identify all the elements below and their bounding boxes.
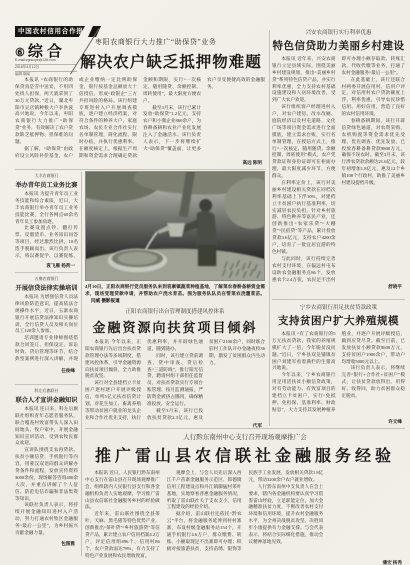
- right1-headline: 特色信贷助力美丽乡村建设: [272, 38, 405, 53]
- masthead: 中国农村信用合作报: [15, 26, 85, 37]
- brief2-body: 本报讯 为增强信贷人员法律风险防范意识，提高依法合规操作水平，近日，五寨农商银行…: [15, 294, 78, 368]
- lead-body: 本报讯 “农商银行的助保贷真是雪中送炭，不用四处找人担保，两天就拿到了30万元贷…: [15, 77, 265, 165]
- bottom-headline: 推广雷山县农信联社金融服务经验: [85, 443, 405, 466]
- divider: [15, 384, 78, 385]
- bottom-byline: 潘宏 杨秀: [85, 560, 405, 565]
- brief1-body: 本报讯 为提升青年员工业务技能和综合素质，近日，大丰农商银行举办青年员工业务技能…: [15, 191, 78, 263]
- brief1-byline: 袁飞雁 杨荷一: [15, 263, 78, 269]
- center-headline: 金融资源向扶贫项目倾斜: [85, 317, 265, 336]
- bottom-kicker: 人行黔东南州中心支行召开现场观摩推广会: [85, 432, 405, 441]
- photo-caption-text: 4月10日，正阳农商银行党员服务队来到袁寨镇蔬菜种植基地，了解菜农春耕备耕资金需…: [85, 284, 265, 296]
- newspaper-page: 中国农村信用合作报 ⑥ 综合 E-mail:zgncxyb@126.com201…: [0, 0, 410, 565]
- right2-byline: 许文峰: [272, 419, 405, 425]
- brief3-kicker: 科左后旗联社: [15, 388, 78, 394]
- center-body: 本报讯 今年以来，正阳农商银行先后出台扶贫贷款管理办法等多项制度，搭建风控体系，…: [85, 339, 265, 423]
- divider: [15, 272, 78, 273]
- lead-byline: 高远 陈明: [212, 160, 265, 166]
- right2-headline: 支持贫困户扩大养殖规模: [272, 313, 405, 328]
- divider: [85, 428, 405, 429]
- brief-article-2: 五寨农商银行 开展信贷法律实操培训 本报讯 为增强信贷人员法律风险防范意识，提高…: [15, 276, 78, 374]
- brief2-kicker: 五寨农商银行: [15, 276, 78, 282]
- edition-meta: E-mail:zgncxyb@126.com2016年4月12日编辑 晓闻: [15, 58, 77, 78]
- right1-body: 本报讯 近年来，兴安农商银行立足县域实际，围绕美丽乡村建设规划，推出“美丽乡村贷…: [272, 56, 405, 284]
- photo-caption: 4月10日，正阳农商银行党员服务队来到袁寨镇蔬菜种植基地，了解菜农春耕备耕资金需…: [85, 284, 265, 305]
- brief-article-3: 科左后旗联社 联合人才宣讲金融知识 本报讯 连日来，科左后旗联社组织青年志愿者服…: [15, 388, 78, 547]
- column-rule-right: [269, 30, 270, 426]
- brief3-byline: 包图雅: [15, 541, 78, 547]
- right1-byline: 舒晓平: [272, 284, 405, 290]
- center-article: 正阳农商银行出台管理制度搭建风控体系 金融资源向扶贫项目倾斜 本报讯 今年以来，…: [85, 307, 265, 429]
- brief2-byline: 任俊峰: [15, 368, 78, 374]
- brief3-headline: 联合人才宣讲金融知识: [15, 395, 78, 404]
- brief3-body: 本报讯 连日来，科左后旗联社组织青年志愿者服务队，联合嘎查村致富带头人深入田间地…: [15, 406, 78, 541]
- right-article-1: 兴安农商银行实行利率优惠 特色信贷助力美丽乡村建设 本报讯 近年来，兴安农商银行…: [272, 28, 405, 290]
- right-article-2: 宁乡农商银行用足扶贫贷款政策 支持贫困户扩大养殖规模 本报讯 “有了农商银行的5…: [272, 303, 405, 425]
- brief-article-1: 大丰农商银行 举办青年员工业务比赛 本报讯 为提升青年员工业务技能和综合素质，近…: [15, 173, 78, 269]
- photo-farm-scene: [86, 172, 264, 280]
- right1-kicker: 兴安农商银行实行利率优惠: [272, 28, 405, 36]
- photo-credit: 闫威 摄影报道: [85, 298, 120, 303]
- lead-headline: 解决农户缺乏抵押物难题: [78, 50, 264, 72]
- bottom-body: 本报讯 近日，人民银行黔东南州中心支行在雷山县召开现场观摩推广会，组织辖内人民银…: [85, 470, 405, 560]
- lead-kicker: 枣阳农商银行大力推广“助保贷”业务: [95, 37, 216, 47]
- bottom-article: 人行黔东南州中心支行召开现场观摩推广会 推广雷山县农信联社金融服务经验 本报讯 …: [85, 432, 405, 565]
- divider: [272, 299, 405, 300]
- divider: [15, 169, 265, 170]
- right2-kicker: 宁乡农商银行用足扶贫贷款政策: [272, 303, 405, 311]
- brief1-headline: 举办青年员工业务比赛: [15, 180, 78, 189]
- column-rule-left: [81, 172, 82, 556]
- news-photo: [85, 171, 265, 281]
- center-kicker: 正阳农商银行出台管理制度搭建风控体系: [85, 307, 265, 315]
- right2-body: 本报讯 “有了农商银行的5万元扶贫贷款，我家的养殖规模扩大了一倍，今年脱贫没问题…: [272, 331, 405, 419]
- brief1-kicker: 大丰农商银行: [15, 173, 78, 179]
- brief2-headline: 开展信贷法律实操培训: [15, 283, 78, 292]
